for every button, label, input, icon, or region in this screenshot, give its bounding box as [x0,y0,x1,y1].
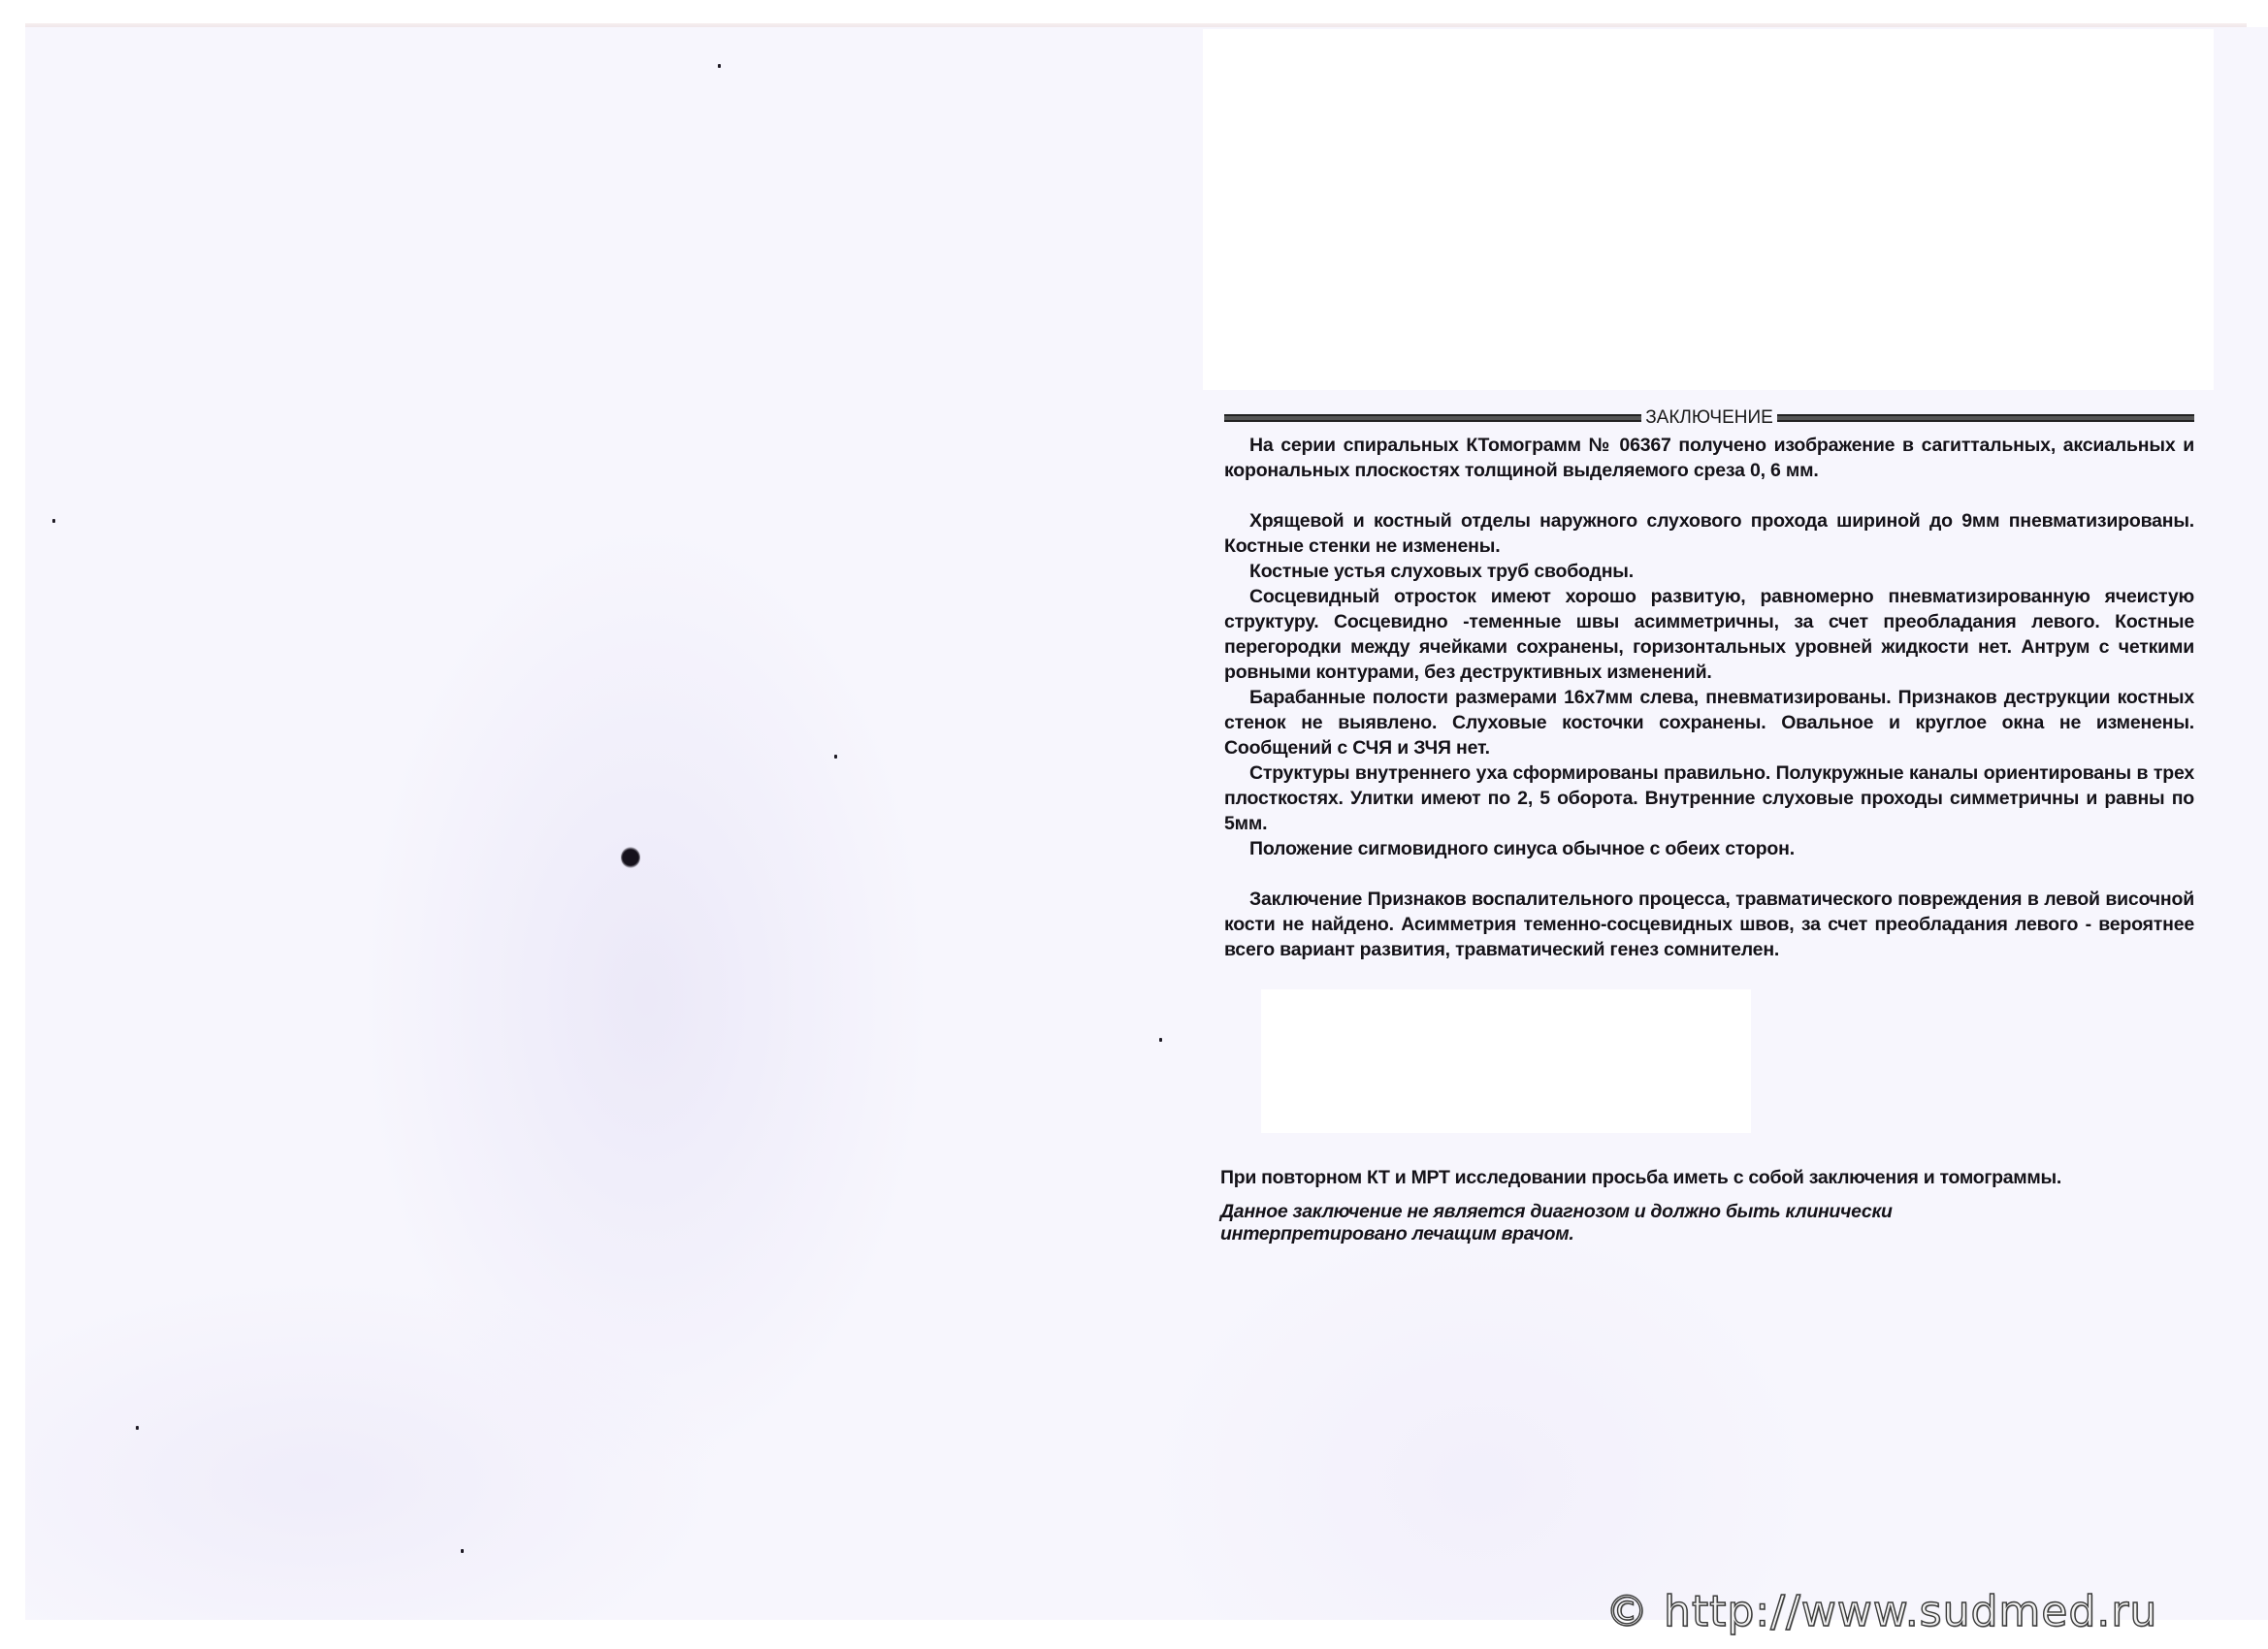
repeat-exam-note: При повторном КТ и МРТ исследовании прос… [1220,1167,2074,1189]
disclaimer-note: Данное заключение не является диагнозом … [1220,1201,2074,1245]
paragraph-sigmoid-sinus: Положение сигмовидного синуса обычное с … [1224,836,2194,861]
speck [52,519,55,523]
speck [136,1426,139,1430]
footer-notes: При повторном КТ и МРТ исследовании прос… [1220,1167,2074,1245]
double-rule-left [1224,414,1641,422]
paragraph-mastoid: Сосцевидный отросток имеют хорошо развит… [1224,584,2194,685]
watermark: © http://www.sudmed.ru [1605,1587,2157,1636]
paragraph-tympanic-cavities: Барабанные полости размерами 16х7мм слев… [1224,685,2194,760]
paragraph-conclusion: Заключение Признаков воспалительного про… [1224,887,2194,962]
speck [461,1549,464,1553]
paragraph-inner-ear: Структуры внутреннего уха сформированы п… [1224,760,2194,836]
report-body: ЗАКЛЮЧЕНИЕ На серии спиральных КТомограм… [1224,407,2194,962]
section-heading: ЗАКЛЮЧЕНИЕ [1641,405,1777,431]
ink-blot [621,847,640,868]
paragraph-ear-canal: Хрящевой и костный отделы наружного слух… [1224,508,2194,559]
paragraph-eustachian-tubes: Костные устья слуховых труб свободны. [1224,559,2194,584]
paragraph-tomogram-series: На серии спиральных КТомограмм № 06367 п… [1224,433,2194,483]
redacted-header-area [1203,29,2214,390]
speck [718,64,721,68]
speck [834,755,837,759]
speck [1159,1038,1162,1042]
double-rule-right [1777,414,2194,422]
redacted-signature-area [1261,989,1751,1133]
section-header: ЗАКЛЮЧЕНИЕ [1224,407,2194,429]
